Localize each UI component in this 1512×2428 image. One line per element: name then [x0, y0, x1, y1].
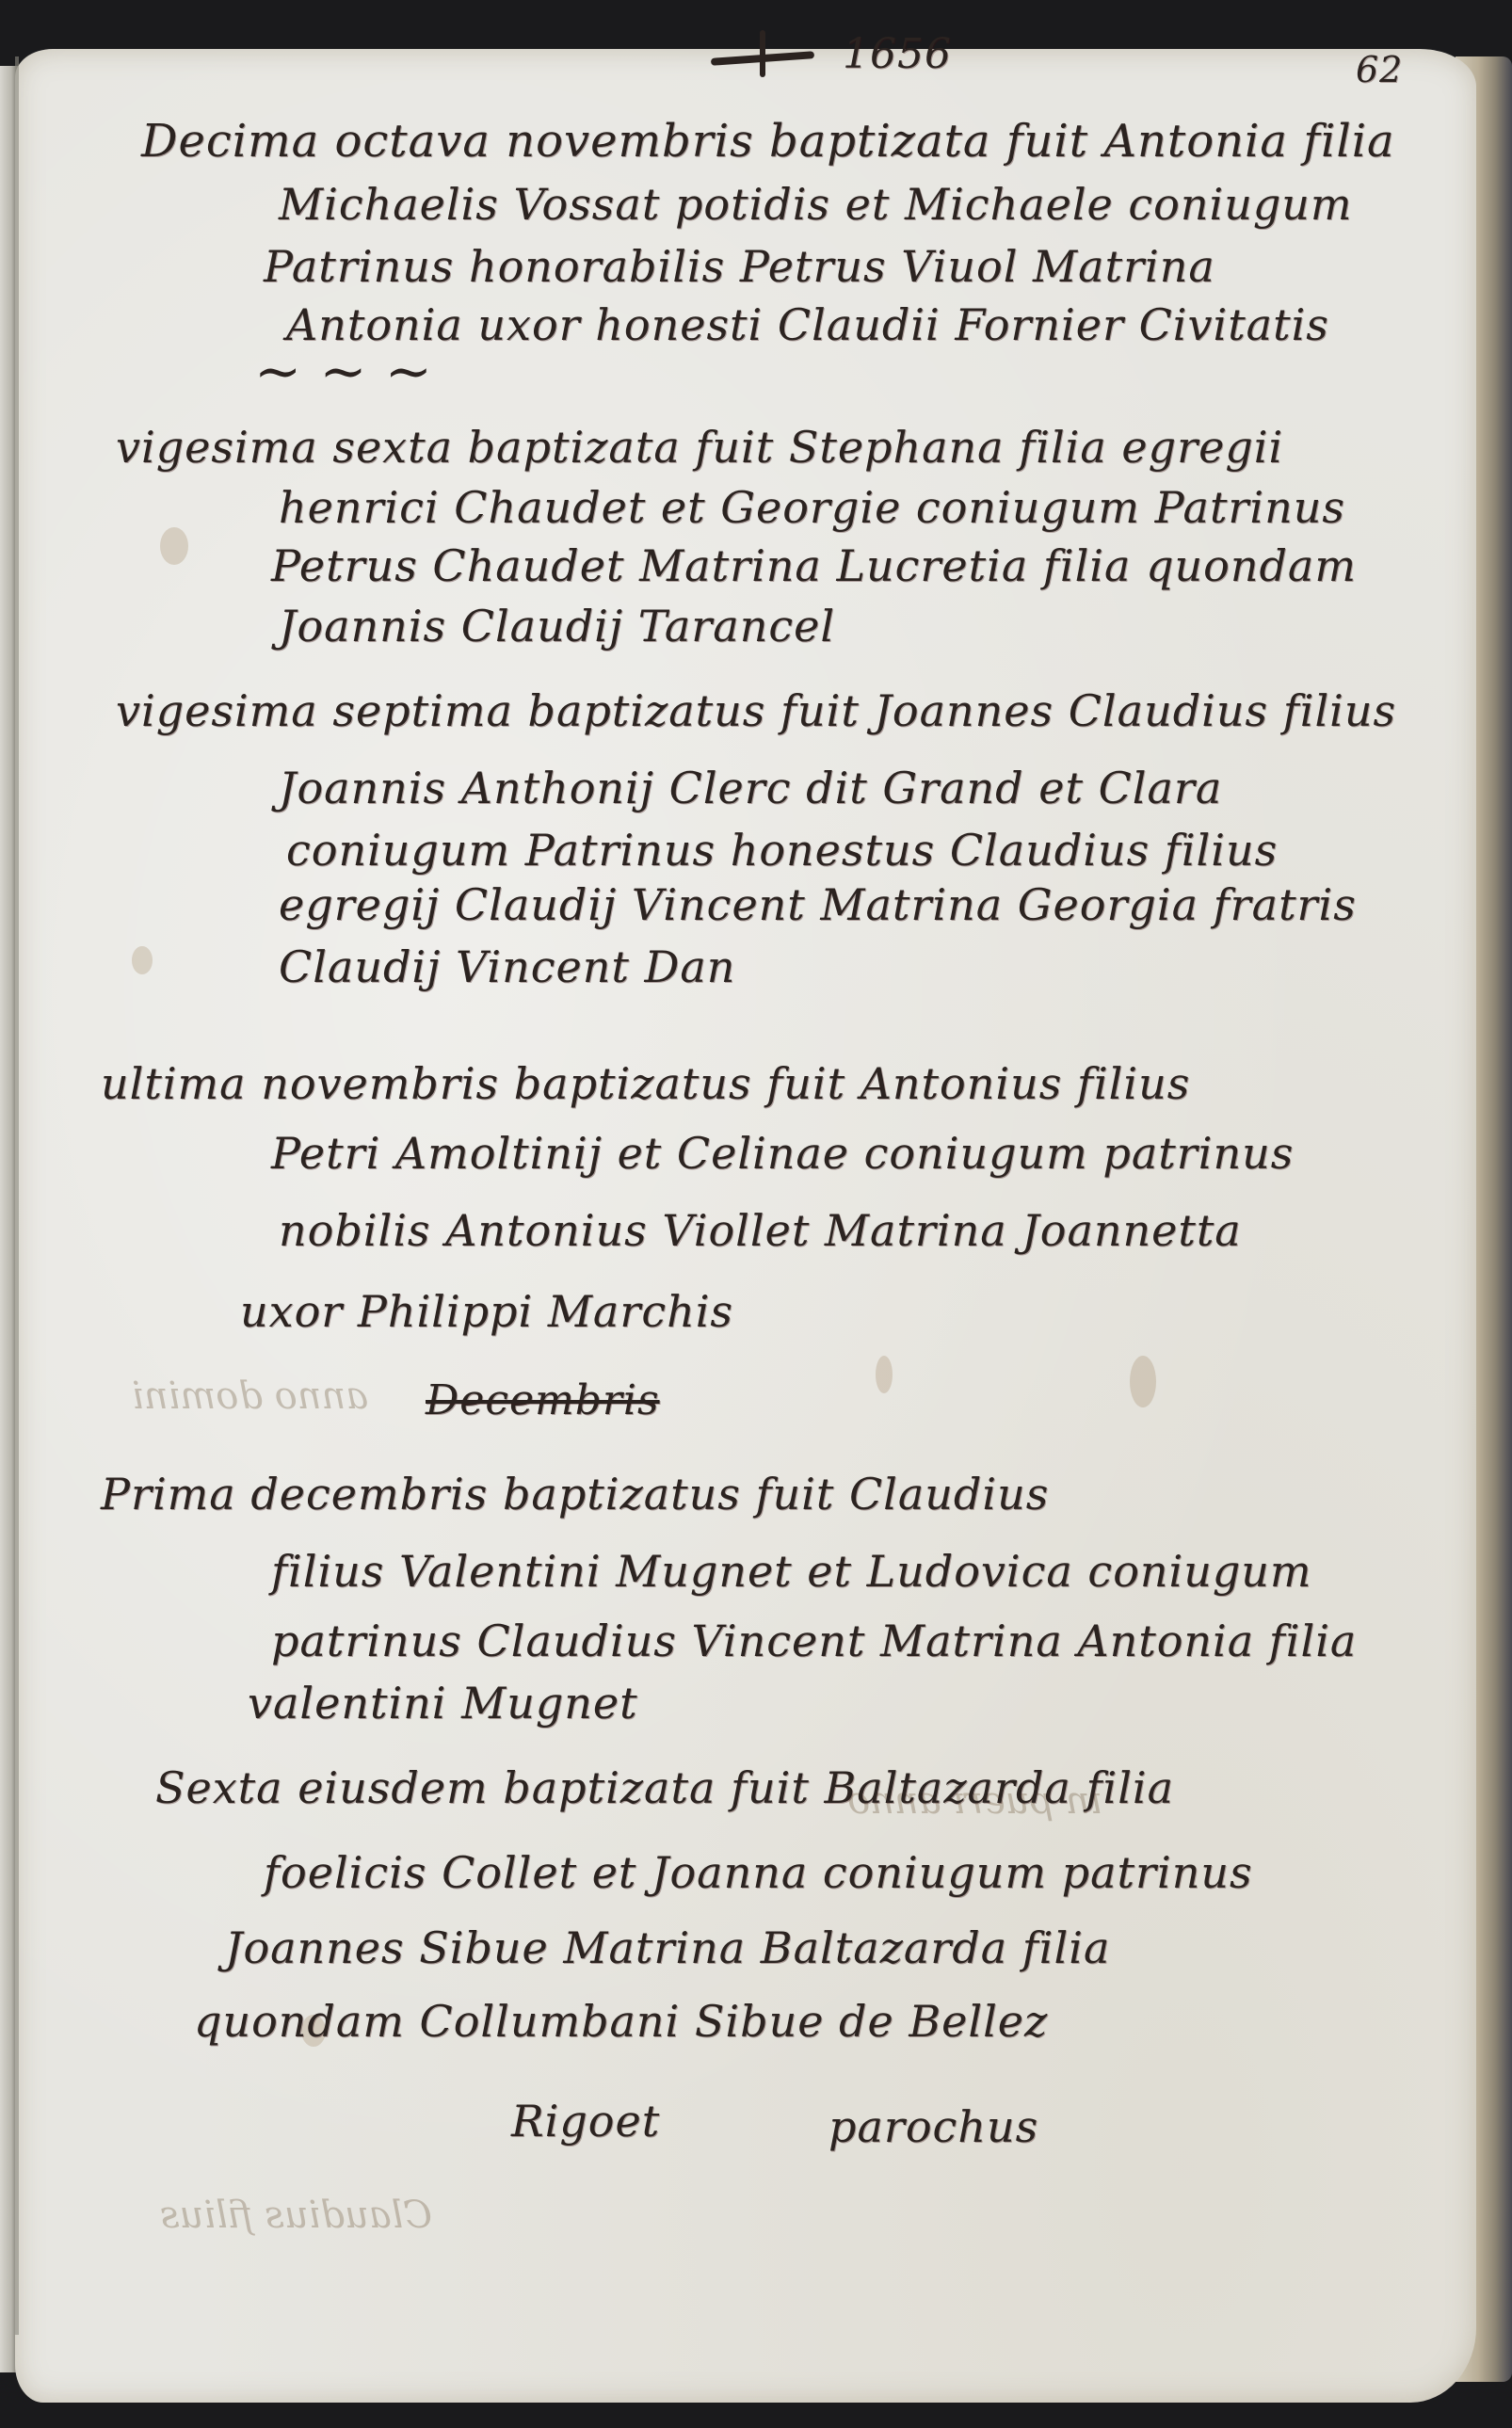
entry-6-line-2: foelicis Collet et Joanna coniugum patri…	[264, 1847, 1253, 1898]
register-year: 1656	[843, 30, 952, 78]
entry-2-line-1: vigesima sexta baptizata fuit Stephana f…	[116, 422, 1283, 473]
entry-2-line-4: Joannis Claudij Tarancel	[279, 601, 835, 651]
entry-1-line-4: Antonia uxor honesti Claudii Fornier Civ…	[286, 299, 1329, 350]
entry-3-line-5: Claudij Vincent Dan	[279, 941, 735, 992]
section-heading-decembris: Decembris	[426, 1376, 660, 1424]
entry-6-line-1: Sexta eiusdem baptizata fuit Baltazarda …	[155, 1762, 1174, 1813]
entry-6-line-4: quondam Collumbani Sibue de Bellez	[194, 1996, 1048, 2047]
folio-number: 62	[1356, 49, 1403, 90]
ink-stain	[132, 946, 153, 974]
entry-4-line-3: nobilis Antonius Viollet Matrina Joannet…	[279, 1205, 1242, 1256]
bleed-through-text: Claudius filius	[160, 2194, 432, 2237]
entry-5-line-1: Prima decembris baptizatus fuit Claudius	[101, 1469, 1049, 1520]
entry-1-line-3: Patrinus honorabilis Petrus Viuol Matrin…	[264, 241, 1215, 292]
entry-4-line-4: uxor Philippi Marchis	[240, 1286, 733, 1337]
entry-5-line-2: filius Valentini Mugnet et Ludovica coni…	[271, 1546, 1312, 1597]
entry-5-line-4: valentini Mugnet	[248, 1678, 638, 1729]
ink-stain	[876, 1356, 893, 1393]
ink-stain	[1130, 1356, 1156, 1407]
entry-3-line-1: vigesima septima baptizatus fuit Joannes…	[116, 685, 1396, 736]
bleed-through-text: anno domini	[132, 1375, 368, 1418]
entry-1-line-2: Michaelis Vossat potidis et Michaele con…	[279, 179, 1353, 230]
entry-3-line-3: coniugum Patrinus honestus Claudius fili…	[286, 825, 1278, 876]
entry-3-line-4: egregij Claudij Vincent Matrina Georgia …	[279, 879, 1357, 930]
ink-stain	[160, 527, 188, 565]
entry-2-line-3: Petrus Chaudet Matrina Lucretia filia qu…	[271, 540, 1357, 591]
entry-6-line-3: Joannes Sibue Matrina Baltazarda filia	[225, 1922, 1110, 1973]
signature-title: parochus	[828, 2101, 1038, 2152]
entry-4-line-2: Petri Amoltinij et Celinae coniugum patr…	[271, 1128, 1294, 1179]
entry-4-line-1: ultima novembris baptizatus fuit Antoniu…	[101, 1058, 1190, 1109]
entry-1-line-1: Decima octava novembris baptizata fuit A…	[141, 115, 1395, 168]
signature-name: Rigoet	[511, 2096, 660, 2147]
cross-icon	[711, 49, 814, 64]
entry-3-line-2: Joannis Anthonij Clerc dit Grand et Clar…	[279, 763, 1222, 813]
entry-1-flourish: ~ ~ ~	[254, 339, 432, 405]
page-gutter-line	[15, 56, 19, 2335]
entry-5-line-3: patrinus Claudius Vincent Matrina Antoni…	[271, 1616, 1357, 1666]
entry-2-line-2: henrici Chaudet et Georgie coniugum Patr…	[279, 482, 1345, 533]
